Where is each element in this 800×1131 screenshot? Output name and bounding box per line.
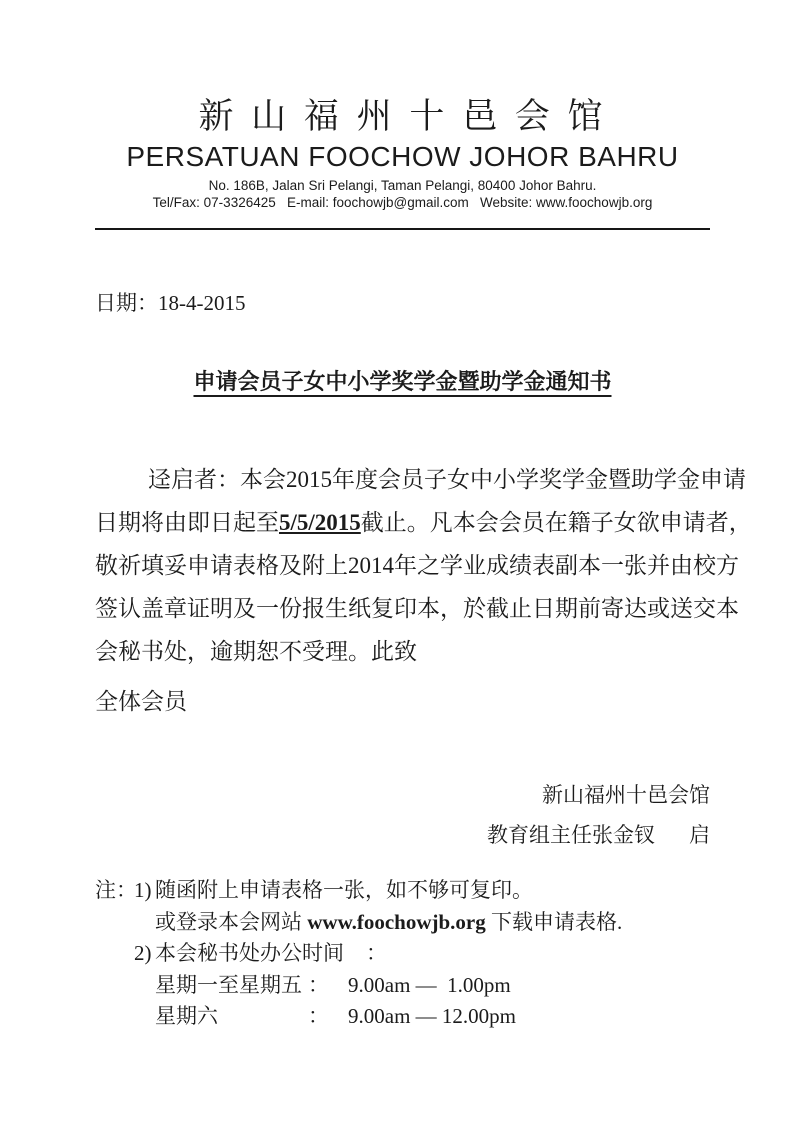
body-line-2-post: 截止。凡本会会员在籍子女欲申请者， [361, 510, 752, 535]
signature-signer-line: 教育组主任张金钗启 [95, 815, 710, 855]
note-1b-pre: 或登录本会网站 [155, 910, 307, 934]
notes-label: 注： [95, 875, 134, 907]
body-line-1: 迳启者：本会2015年度会员子女中小学奖学金暨助学金申请 [95, 458, 710, 501]
note-item-1: 注： 1) 随函附上申请表格一张，如不够可复印。 [95, 875, 710, 907]
website-text: www.foochowjb.org [307, 910, 486, 934]
note-1b-post: 下载申请表格. [486, 910, 623, 934]
signature-org: 新山福州十邑会馆 [95, 775, 710, 815]
office-hours-saturday: 星期六 ： 9.00am — 12.00pm [155, 1001, 710, 1033]
note-2-colon: ： [366, 938, 387, 970]
addressee: 全体会员 [95, 687, 710, 717]
office-hours-weekdays: 星期一至星期五 ： 9.00am — 1.00pm [155, 970, 710, 1002]
header-divider [95, 228, 710, 230]
org-address: No. 186B, Jalan Sri Pelangi, Taman Pelan… [95, 178, 710, 194]
document-page: 新 山 福 州 十 邑 会 馆 PERSATUAN FOOCHOW JOHOR … [0, 0, 800, 1131]
hours-colon-weekdays: ： [308, 970, 320, 1002]
body-line-3: 敬祈填妥申请表格及附上2014年之学业成绩表副本一张并由校方 [95, 544, 710, 587]
note-2-number: 2) [134, 938, 155, 970]
hours-label-saturday: 星期六 [155, 1001, 308, 1033]
note-1-number: 1) [134, 875, 155, 907]
date-label: 日期： [95, 291, 158, 315]
signature-signer: 教育组主任张金钗 [487, 823, 655, 847]
date-value: 18-4-2015 [158, 291, 246, 315]
subject-title: 申请会员子女中小学奖学金暨助学金通知书 [95, 368, 710, 396]
org-contact-line: Tel/Fax: 07-3326425 E-mail: foochowjb@gm… [95, 195, 710, 211]
notes-section: 注： 1) 随函附上申请表格一张，如不够可复印。 或登录本会网站 www.foo… [95, 875, 710, 1033]
subject-title-text: 申请会员子女中小学奖学金暨助学金通知书 [193, 369, 611, 394]
hours-time-saturday: 9.00am — 12.00pm [348, 1001, 516, 1033]
hours-label-weekdays: 星期一至星期五 [155, 970, 308, 1002]
body-line-2: 日期将由即日起至5/5/2015截止。凡本会会员在籍子女欲申请者， [95, 501, 710, 544]
note-2-spacer [95, 938, 134, 970]
body-line-4: 签认盖章证明及一份报生纸复印本，於截止日期前寄达或送交本 [95, 587, 710, 630]
body-line-2-pre: 日期将由即日起至 [95, 510, 279, 535]
note-1-text: 随函附上申请表格一张，如不够可复印。 [155, 875, 533, 907]
letterhead: 新 山 福 州 十 邑 会 馆 PERSATUAN FOOCHOW JOHOR … [95, 95, 710, 230]
deadline-date: 5/5/2015 [279, 510, 361, 535]
hours-colon-saturday: ： [308, 1001, 320, 1033]
org-name-chinese: 新 山 福 州 十 邑 会 馆 [95, 95, 710, 139]
letter-body: 迳启者：本会2015年度会员子女中小学奖学金暨助学金申请 日期将由即日起至5/5… [95, 458, 710, 673]
note-item-2: 2) 本会秘书处办公时间 ： [95, 938, 710, 970]
signature-block: 新山福州十邑会馆 教育组主任张金钗启 [95, 775, 710, 855]
org-name-english: PERSATUAN FOOCHOW JOHOR BAHRU [95, 141, 710, 173]
date-line: 日期：18-4-2015 [95, 290, 710, 316]
hours-time-weekdays: 9.00am — 1.00pm [348, 970, 511, 1002]
body-line-5: 会秘书处，逾期恕不受理。此致 [95, 630, 710, 673]
signature-closing: 启 [689, 823, 710, 847]
note-2-text: 本会秘书处办公时间 [155, 938, 344, 970]
note-1-continuation: 或登录本会网站 www.foochowjb.org 下载申请表格. [155, 907, 710, 939]
